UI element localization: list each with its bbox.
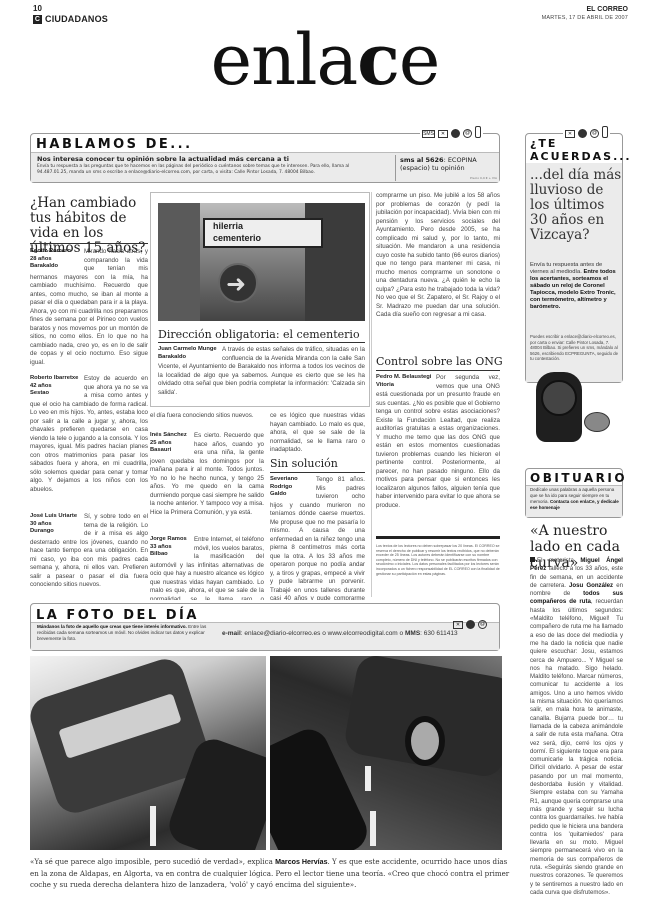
foto-caption: «Ya sé que parece algo imposible, pero s… — [30, 856, 510, 890]
globe-icon — [451, 129, 460, 138]
envelope-icon: ✕ — [453, 621, 463, 629]
phone-icon — [475, 126, 481, 138]
globe-icon — [466, 620, 475, 629]
curva-text: El motorista Miguel Ángel Pérez falleció… — [530, 557, 623, 897]
te-acuerdas-contact-icons: ✕ @ — [563, 126, 610, 138]
hablamos-title: HABLAMOS DE... — [36, 137, 193, 152]
newspaper-name: EL CORREO — [587, 6, 629, 13]
direccion-headline: Dirección obligatoria: el cementerio — [158, 328, 360, 341]
obituario-title: OBITUARIO — [530, 471, 627, 485]
response-egoitz: Egoitz Romero 28 años Barakaldo Mirando … — [30, 248, 148, 367]
headline-rule — [270, 472, 365, 473]
byline: Jorge Ramos 33 años Bilbao — [150, 536, 190, 559]
sms-price: Precio 0,9 € + IVA — [470, 176, 497, 180]
bullet-square-icon — [530, 557, 535, 562]
byline: Roberto Ibarretxe 42 años Sestao — [30, 375, 80, 398]
logo-arrow-c: c — [357, 18, 399, 101]
accident-photo-right — [270, 656, 502, 850]
direccion-text: Juan Carmelo Munge Barakaldo A través de… — [158, 346, 365, 397]
divider — [395, 155, 396, 181]
phone-icon — [602, 126, 608, 138]
byline: Inés Sánchez 25 años Basauri — [150, 432, 190, 455]
te-acuerdas-headline: ...del día más lluvioso de los últimos 3… — [530, 168, 622, 243]
sin-solucion-headline: Sin solución — [270, 457, 338, 470]
envelope-icon: ✕ — [565, 130, 575, 138]
foto-contact-line: e-mail: enlace@diario-elcorreo.es o www.… — [222, 630, 458, 637]
enlace-logo: enlace — [0, 20, 650, 100]
sin-solucion-text: Severiano Rodrigo Galdo Tengo 81 años. M… — [270, 476, 365, 600]
byline: Juan Carmelo Munge Barakaldo — [158, 346, 218, 361]
cemetery-sign-photo: hilerria cementerio — [158, 203, 365, 321]
byline: Pedro M. Belaustegi Vitoria — [376, 374, 432, 389]
footnote-rule — [376, 536, 500, 539]
at-icon: @ — [463, 129, 472, 138]
globe-icon — [578, 129, 587, 138]
mandatory-direction-sign-icon — [218, 263, 258, 303]
ong-text: Pedro M. Belaustegi Vitoria Por segunda … — [376, 374, 500, 510]
headline-rule — [30, 243, 148, 244]
headline-rule — [158, 342, 365, 343]
page-number: 10 — [33, 4, 42, 13]
accident-photo-left — [30, 656, 266, 850]
te-acuerdas-title: ¿TE ACUERDAS... — [530, 137, 632, 163]
hablamos-lead: Nos interesa conocer tu opinión sobre la… — [37, 155, 289, 163]
envelope-icon: ✕ — [438, 130, 448, 138]
hablamos-sms: sms al 5626: ECOPINA (espacio) tu opinió… — [400, 156, 495, 172]
watch-prize-image — [536, 372, 582, 442]
question-headline: ¿Han cambiado tus hábitos de vida en los… — [30, 196, 148, 256]
column-divider — [371, 192, 372, 597]
response-jorge: Jorge Ramos 33 años Bilbao Entre Interne… — [150, 536, 264, 600]
hablamos-text: Envía tu respuesta a las preguntas que t… — [37, 164, 377, 176]
response-jose-luis: José Luis Uriarte 30 años Durango Sí, y … — [30, 513, 148, 599]
byline: José Luis Uriarte 30 años Durango — [30, 513, 80, 536]
ong-footnote: Los textos de los lectores no deben sobr… — [376, 544, 500, 576]
obituario-text: Dedícale unas palabras a aquella persona… — [530, 487, 620, 511]
response-jorge-cont: ce es lógico que nuestras vidas hayan ca… — [270, 412, 365, 455]
foto-contact-icons: ✕ @ — [451, 620, 489, 629]
email-link[interactable]: enlace@diario-elcorreo.es — [244, 630, 320, 637]
foto-lead: Mándanos la foto de aquello que creas qu… — [37, 624, 207, 642]
mms-number: 630 611413 — [424, 630, 458, 637]
sin-solucion-cont: comprarme un piso. Me jubilé a los 58 añ… — [376, 192, 500, 320]
te-acuerdas-text: Envía tu respuesta antes de viernes al m… — [530, 262, 620, 311]
response-roberto: Roberto Ibarretxe 42 años Sestao Estoy d… — [30, 375, 148, 494]
byline: Severiano Rodrigo Galdo — [270, 476, 312, 499]
hablamos-contact-icons: SMS ✕ @ — [420, 126, 483, 138]
headline-rule — [376, 370, 500, 371]
response-jose-luis-cont: el día fuera conociendo sitios nuevos. — [150, 412, 264, 421]
te-acuerdas-instructions: Puedes escribir a enlace@diario-elcorreo… — [530, 334, 620, 362]
at-icon: @ — [478, 620, 487, 629]
byline: Egoitz Romero 28 años Barakaldo — [30, 248, 80, 271]
response-ines: Inés Sánchez 25 años Basauri Es cierto. … — [150, 432, 264, 517]
street-sign: hilerria cementerio — [203, 218, 323, 248]
brand-badge-icon — [584, 412, 610, 432]
sms-number: 5626 — [425, 156, 443, 164]
at-icon: @ — [590, 129, 599, 138]
web-link[interactable]: www.elcorreodigital.com — [328, 630, 398, 637]
foto-del-dia-title: LA FOTO DEL DÍA — [36, 608, 199, 623]
sms-icon: SMS — [422, 130, 435, 138]
ong-headline: Control sobre las ONG — [376, 355, 503, 368]
